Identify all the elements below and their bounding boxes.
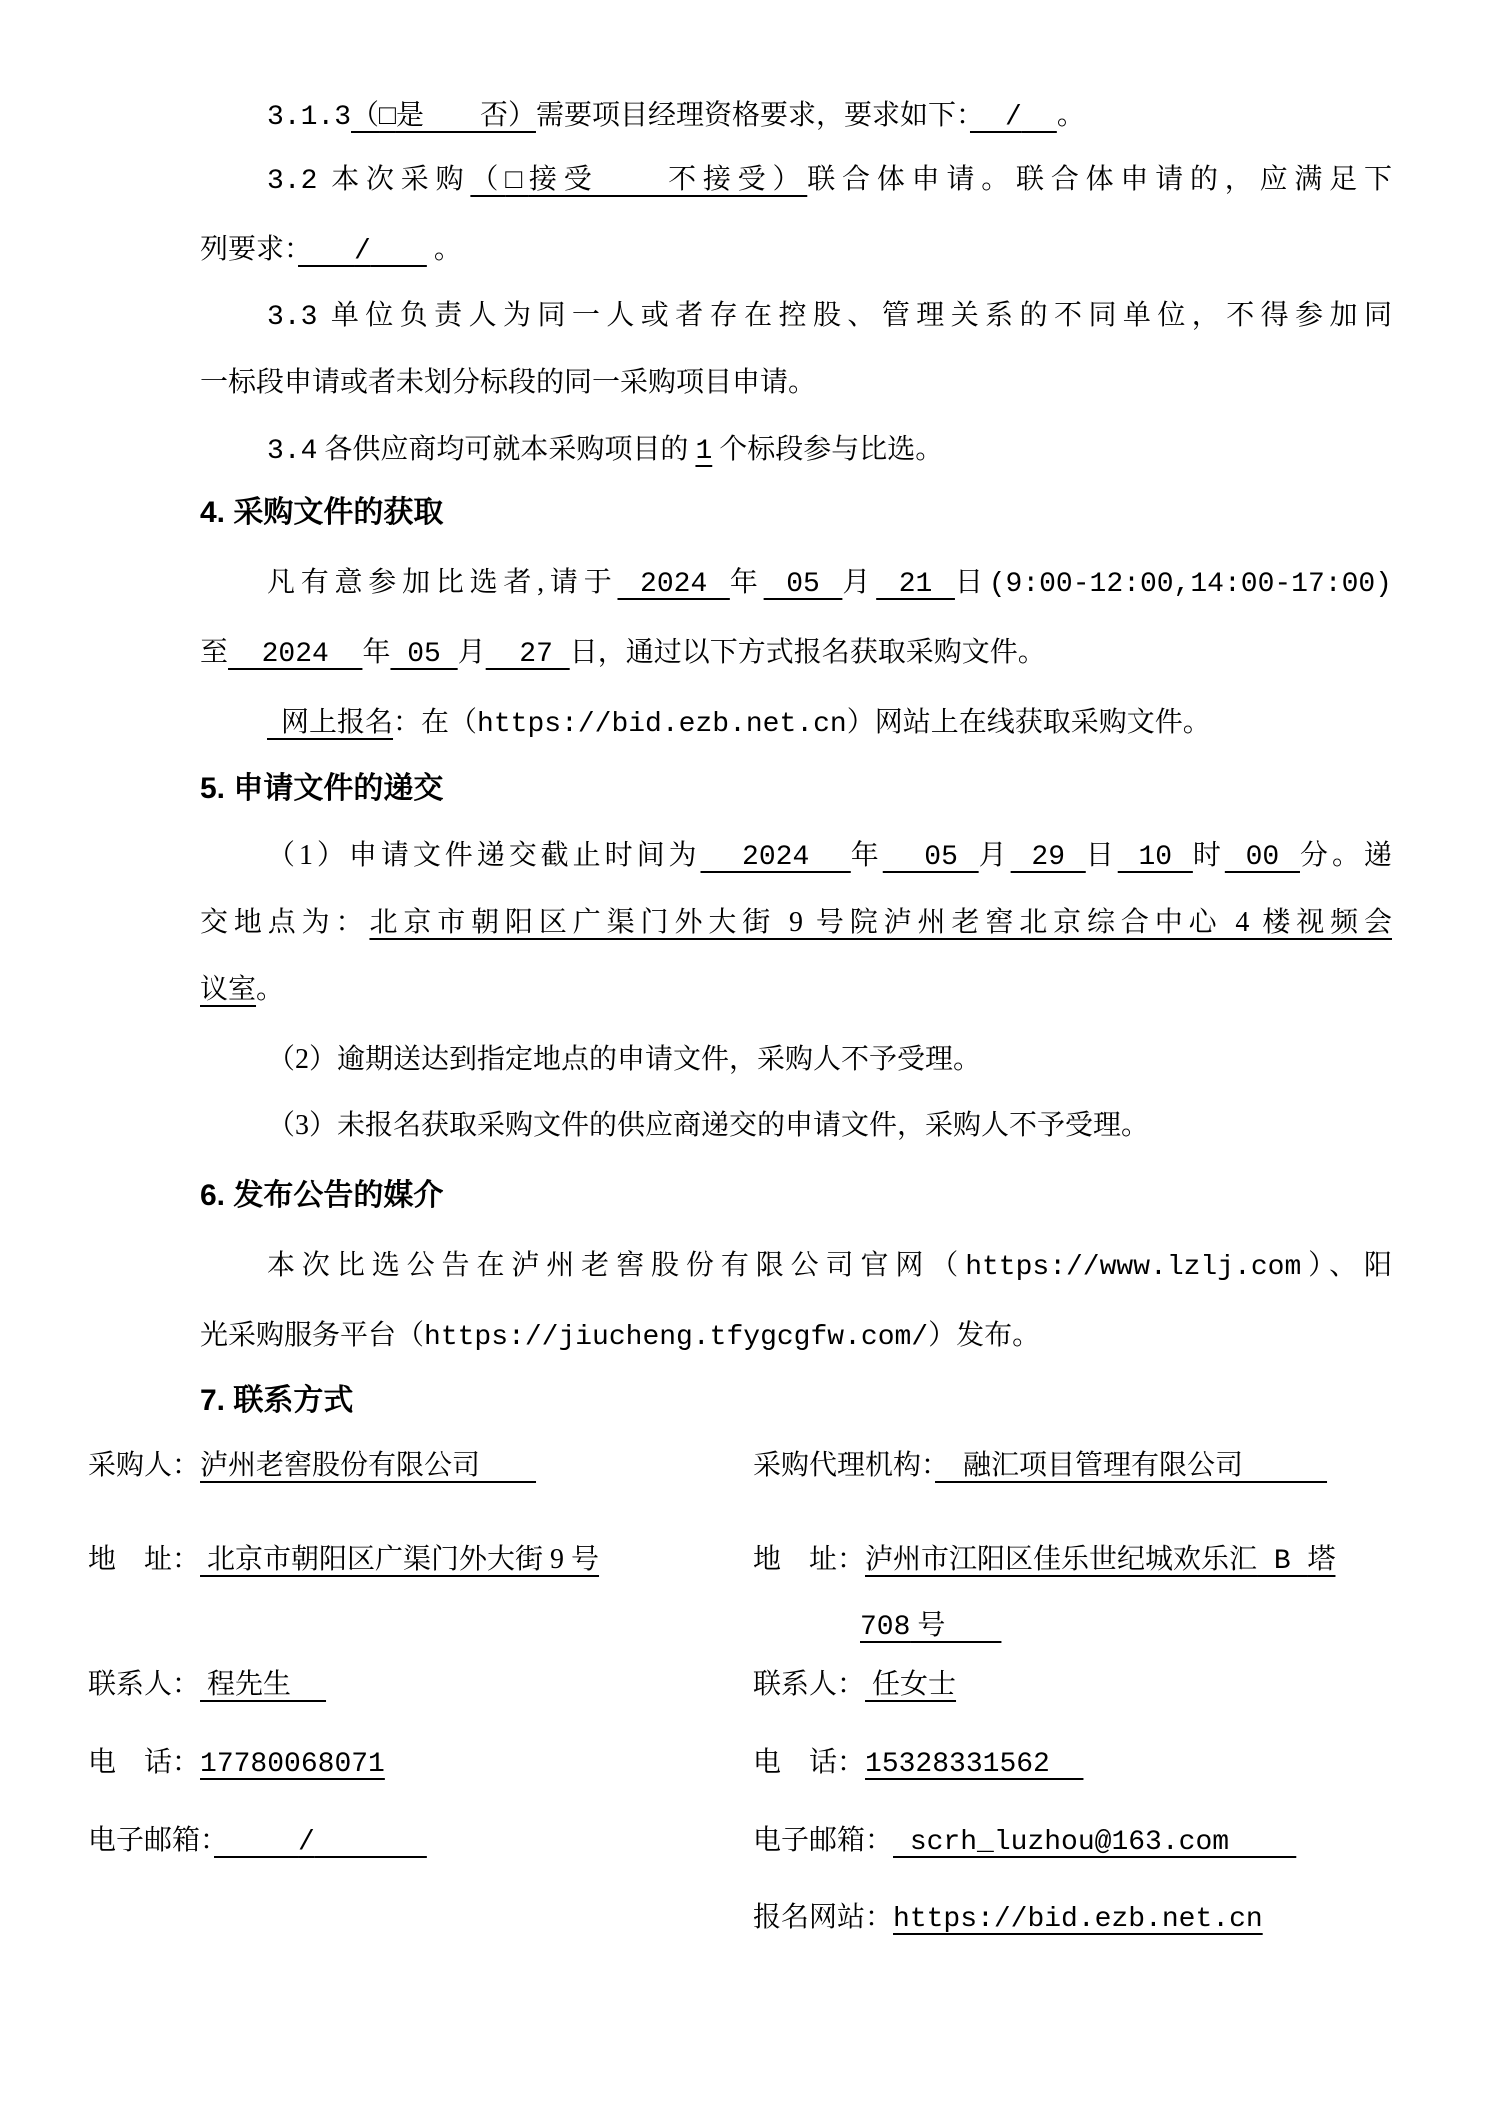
text-segment: 联合体申请。联合体申请的，应满足下 [807,164,1392,195]
underlined-segment: 05 [764,569,843,600]
text-segment: 本次采购 [317,164,470,195]
text-segment: 月 [458,637,486,668]
contact-agency-address: 地 址：泸州市江阳区佳乐世纪城欢乐汇 B 塔 [753,1540,1335,1590]
underlined-segment [315,1825,427,1856]
text-segment: ）、阳 [1301,1250,1392,1281]
para-3.2: 3.2 本次采购（□接受 不接受）联合体申请。联合体申请的，应满足下 [267,160,1392,210]
text-segment: 。 [256,974,284,1005]
underlined-segment: 接受 不接受） [529,164,807,195]
text-segment: 单位负责人为同一人或者存在控股、管理关系的不同单位，不得参加同 [317,300,1392,331]
underlined-segment: / [1005,102,1022,133]
heading-7: 7. 联系方式 [200,1381,353,1431]
text-segment: 4. 采购文件的获取 [200,496,443,529]
contact-agency-website: 报名网站：https://bid.ezb.net.cn [753,1898,1263,1948]
text-segment: 电子邮箱： [753,1825,893,1856]
checkbox-icon: □ [505,164,529,195]
heading-5: 5. 申请文件的递交 [200,769,443,819]
contact-agency-person: 联系人： 任女士 [753,1665,956,1715]
text-segment: 电子邮箱： [88,1825,214,1856]
underlined-segment: 27 [486,639,570,670]
text-segment: 报名网站： [753,1902,893,1933]
para-3.2-cont: 列要求： / 。 [200,230,462,280]
contact-agency-email: 电子邮箱： scrh_luzhou@163.com [753,1821,1296,1871]
underlined-segment: 29 [1011,842,1086,873]
contact-agency: 采购代理机构： 融汇项目管理有限公司 [753,1446,1327,1496]
text-segment: 本次比选公告在泸州老窖股份有限公司官网（ [267,1250,965,1281]
text-segment: ：在（ [393,707,477,738]
underlined-segment: https://bid.ezb.net.cn [893,1904,1263,1935]
underlined-segment: / [298,1827,315,1858]
para-6.1-cont: 光采购服务平台（https://jiucheng.tfygcgfw.com/）发… [200,1316,1040,1366]
contact-purchaser-phone: 电 话：17780068071 [88,1743,385,1793]
para-3.3-cont: 一标段申请或者未划分标段的同一采购项目申请。 [200,363,816,413]
text-segment: 6. 发布公告的媒介 [200,1179,443,1212]
text-segment: 。 [427,234,462,265]
underlined-segment: 10 [1118,842,1193,873]
text-segment: 列要求： [200,234,298,265]
underlined-segment: 是 否） [396,100,536,131]
para-5.2: （2）逾期送达到指定地点的申请文件，采购人不予受理。 [267,1040,981,1090]
underlined-segment: 任女士 [865,1669,956,1700]
underlined-segment: 2024 [228,639,362,670]
underlined-segment [298,234,354,265]
underlined-segment: 号 [910,1610,1001,1641]
text-segment: 5. 申请文件的递交 [200,772,443,805]
text-segment: 。 [1057,100,1085,131]
underlined-segment: 2024 [701,842,851,873]
text-segment: 年 [730,567,764,598]
underlined-segment: 网上报名 [281,707,393,738]
text-segment: （1）申请文件递交截止时间为 [267,840,701,871]
underlined-segment: （ [470,164,505,195]
underlined-segment: 15328331562 [865,1749,1083,1780]
para-4.2: 网上报名：在（https://bid.ezb.net.cn）网站上在线获取采购文… [267,703,1211,753]
underlined-segment: 北京市朝阳区广渠门外大街 9 号 [200,1544,599,1575]
heading-6: 6. 发布公告的媒介 [200,1176,443,1226]
text-segment: 光采购服务平台（ [200,1320,424,1351]
text-segment: 至 [200,637,228,668]
contact-purchaser-email: 电子邮箱： / [88,1821,427,1871]
para-3.3: 3.3 单位负责人为同一人或者存在控股、管理关系的不同单位，不得参加同 [267,296,1392,346]
text-segment: (9:00-12:00,14:00-17:00) [989,569,1392,600]
text-segment: 采购代理机构： [753,1450,935,1481]
text-segment: 一标段申请或者未划分标段的同一采购项目申请。 [200,367,816,398]
underlined-segment: 融汇项目管理有限公司 [935,1450,1327,1481]
text-segment: 日 [1086,840,1118,871]
underlined-segment [970,100,1005,131]
text-segment: 月 [979,840,1011,871]
text-segment: 日 [955,567,989,598]
underlined-segment: 议室 [200,974,256,1005]
underlined-segment: （ [351,100,379,131]
text-segment: （3）未报名获取采购文件的供应商递交的申请文件，采购人不予受理。 [267,1110,1149,1141]
para-5.1-cont1: 交地点为：北京市朝阳区广渠门外大街 9 号院泸州老窖北京综合中心 4 楼视频会 [200,903,1392,953]
text-segment: 分。递 [1300,840,1392,871]
text-segment: 3.4 [267,436,317,467]
underlined-segment: 塔 [1307,1544,1335,1575]
text-segment: 地 址： [753,1544,865,1575]
contact-purchaser-address: 地 址： 北京市朝阳区广渠门外大街 9 号 [88,1540,599,1590]
text-segment: 交地点为： [200,907,369,938]
text-segment: 地 址： [88,1544,200,1575]
underlined-segment: 北京市朝阳区广渠门外大街 9 号院泸州老窖北京综合中心 4 楼视频会 [369,907,1392,938]
para-3.4: 3.4 各供应商均可就本采购项目的 1 个标段参与比选。 [267,430,943,480]
contact-agency-phone: 电 话：15328331562 [753,1743,1083,1793]
underlined-segment [371,234,427,265]
text-segment: 7. 联系方式 [200,1384,353,1417]
text-segment: https://jiucheng.tfygcgfw.com/ [424,1322,928,1353]
para-4.1-cont: 至 2024 年 05 月 27 日，通过以下方式报名获取采购文件。 [200,633,1046,683]
para-5.3: （3）未报名获取采购文件的供应商递交的申请文件，采购人不予受理。 [267,1106,1149,1156]
text-segment: 个标段参与比选。 [712,434,943,465]
underlined-segment: B [1257,1546,1307,1577]
text-segment: ）网站上在线获取采购文件。 [847,707,1211,738]
document-page: 3.1.3（□是 否）需要项目经理资格要求，要求如下： / 。3.2 本次采购（… [0,0,1500,2115]
text-segment: ）发布。 [928,1320,1040,1351]
underlined-segment [1022,100,1057,131]
text-segment: https://bid.ezb.net.cn [477,709,847,740]
contact-agency-address-line2: 708 号 [860,1606,1001,1656]
text-segment: 3.2 [267,166,317,197]
text-segment: 月 [842,567,876,598]
underlined-segment: 泸州老窖股份有限公司 [200,1450,536,1481]
underlined-segment: 1 [695,436,712,467]
underlined-segment [214,1825,298,1856]
text-segment: （2）逾期送达到指定地点的申请文件，采购人不予受理。 [267,1044,981,1075]
para-3.1.3: 3.1.3（□是 否）需要项目经理资格要求，要求如下： / 。 [267,96,1085,146]
underlined-segment: scrh_luzhou@163.com [893,1827,1296,1858]
text-segment: 时 [1193,840,1225,871]
underlined-segment: 2024 [617,569,729,600]
underlined-segment: 05 [390,639,457,670]
text-segment: https://www.lzlj.com [965,1252,1301,1283]
text-segment: 电 话： [88,1747,200,1778]
text-segment: 需要项目经理资格要求，要求如下： [536,100,970,131]
text-segment: 各供应商均可就本采购项目的 [317,434,695,465]
para-5.1: （1）申请文件递交截止时间为 2024 年 05 月 29 日 10 时 00 … [267,836,1392,886]
heading-4: 4. 采购文件的获取 [200,493,443,543]
para-6.1: 本次比选公告在泸州老窖股份有限公司官网（https://www.lzlj.com… [267,1246,1392,1296]
underlined-segment: 泸州市江阳区佳乐世纪城欢乐汇 [865,1544,1257,1575]
checkbox-icon: □ [379,100,396,131]
underlined-segment: 21 [876,569,955,600]
para-4.1: 凡有意参加比选者,请于 2024 年 05 月 21 日(9:00-12:00,… [267,563,1392,613]
underlined-segment: / [354,236,371,267]
underlined-segment: 17780068071 [200,1749,385,1780]
underlined-segment: 00 [1225,842,1300,873]
contact-purchaser-person: 联系人： 程先生 [88,1665,326,1715]
text-segment: 联系人： [88,1669,200,1700]
underlined-segment: 05 [883,842,979,873]
para-5.1-cont2: 议室。 [200,970,284,1020]
text-segment: 日，通过以下方式报名获取采购文件。 [570,637,1046,668]
text-segment: 采购人： [88,1450,200,1481]
underlined-segment: 708 [860,1612,910,1643]
underlined-segment: 程先生 [200,1669,326,1700]
text-segment: 联系人： [753,1669,865,1700]
contact-purchaser: 采购人：泸州老窖股份有限公司 [88,1446,536,1496]
text-segment: 3.3 [267,302,317,333]
text-segment: 电 话： [753,1747,865,1778]
text-segment: 凡有意参加比选者,请于 [267,567,617,598]
text-segment: 3.1.3 [267,102,351,133]
underlined-segment [267,707,281,738]
text-segment: 年 [362,637,390,668]
text-segment: 年 [851,840,883,871]
